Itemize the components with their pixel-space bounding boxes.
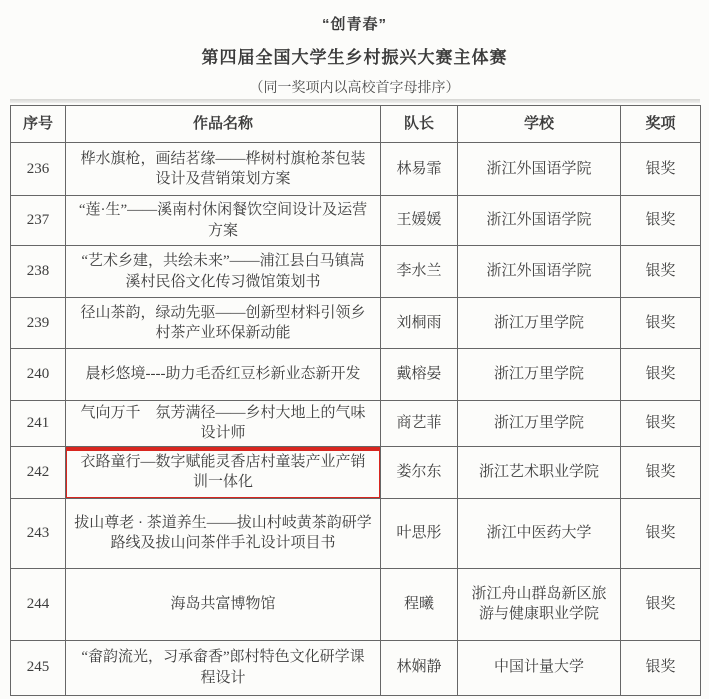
cell-leader: 林易霏 xyxy=(381,143,458,196)
cell-school: 浙江舟山群岛新区旅游与健康职业学院 xyxy=(458,568,621,640)
table-row: 240晨杉悠境----助力毛岙红豆杉新业态新开发戴榕晏浙江万里学院银奖 xyxy=(11,349,701,401)
cell-no: 242 xyxy=(11,446,66,498)
highlight-box xyxy=(66,447,381,499)
cell-no: 239 xyxy=(11,298,66,349)
cell-title: 海岛共富博物馆 xyxy=(66,568,381,640)
cell-school: 中国计量大学 xyxy=(458,640,621,695)
cell-award: 银奖 xyxy=(621,640,701,695)
cell-school: 浙江艺术职业学院 xyxy=(458,446,621,498)
cell-school: 浙江外国语学院 xyxy=(458,196,621,246)
table-row: 245“畲韵流光，习承畲香”郎村特色文化研学课程设计林娴静中国计量大学银奖 xyxy=(11,640,701,695)
cell-award: 银奖 xyxy=(621,568,701,640)
cell-school: 浙江万里学院 xyxy=(458,401,621,447)
cell-leader: 戴榕晏 xyxy=(381,349,458,401)
awards-table: 序号 作品名称 队长 学校 奖项 236桦水旗枪，画结茗缘——桦树村旗枪茶包装设… xyxy=(10,105,701,696)
cell-award: 银奖 xyxy=(621,349,701,401)
cell-award: 银奖 xyxy=(621,401,701,447)
cell-leader: 程曦 xyxy=(381,568,458,640)
table-header-row: 序号 作品名称 队长 学校 奖项 xyxy=(11,106,701,143)
title-line-2: 第四届全国大学生乡村振兴大赛主体赛 xyxy=(0,43,709,68)
table-row: 241气向万千 氛芳满径——乡村大地上的气味设计师商艺菲浙江万里学院银奖 xyxy=(11,401,701,447)
cell-title: 径山茶韵，绿动先驱——创新型材料引领乡村茶产业环保新动能 xyxy=(66,298,381,349)
table-row: 244海岛共富博物馆程曦浙江舟山群岛新区旅游与健康职业学院银奖 xyxy=(11,568,701,640)
cell-title: 桦水旗枪，画结茗缘——桦树村旗枪茶包装设计及营销策划方案 xyxy=(66,143,381,196)
cell-leader: 商艺菲 xyxy=(381,401,458,447)
cell-school: 浙江外国语学院 xyxy=(458,143,621,196)
cell-title: 拔山尊老 · 茶道养生——拔山村岐黄茶韵研学路线及拔山问茶伴手礼设计项目书 xyxy=(66,498,381,568)
document-title-block: “创青春” 第四届全国大学生乡村振兴大赛主体赛 （同一奖项内以高校首字母排序） xyxy=(0,0,709,97)
cell-title: 衣路童行—数字赋能灵香店村童装产业产销训一体化 xyxy=(66,446,381,498)
cell-title: 气向万千 氛芳满径——乡村大地上的气味设计师 xyxy=(66,401,381,447)
table-row: 236桦水旗枪，画结茗缘——桦树村旗枪茶包装设计及营销策划方案林易霏浙江外国语学… xyxy=(11,143,701,196)
table-row: 242衣路童行—数字赋能灵香店村童装产业产销训一体化娄尔东浙江艺术职业学院银奖 xyxy=(11,446,701,498)
cell-school: 浙江万里学院 xyxy=(458,349,621,401)
cell-no: 241 xyxy=(11,401,66,447)
cell-no: 236 xyxy=(11,143,66,196)
cell-award: 银奖 xyxy=(621,498,701,568)
cell-leader: 林娴静 xyxy=(381,640,458,695)
header-cell-title: 作品名称 xyxy=(66,106,381,143)
table-row: 237“莲·生”——溪南村休闲餐饮空间设计及运营方案王媛媛浙江外国语学院银奖 xyxy=(11,196,701,246)
cell-award: 银奖 xyxy=(621,298,701,349)
header-cell-no: 序号 xyxy=(11,106,66,143)
cell-title: “艺术乡建，共绘未来”——浦江县白马镇嵩溪村民俗文化传习微馆策划书 xyxy=(66,246,381,298)
cell-school: 浙江中医药大学 xyxy=(458,498,621,568)
table-row: 238“艺术乡建，共绘未来”——浦江县白马镇嵩溪村民俗文化传习微馆策划书李水兰浙… xyxy=(11,246,701,298)
cell-no: 240 xyxy=(11,349,66,401)
cell-award: 银奖 xyxy=(621,246,701,298)
cell-title: “畲韵流光，习承畲香”郎村特色文化研学课程设计 xyxy=(66,640,381,695)
cell-no: 244 xyxy=(11,568,66,640)
cell-leader: 叶思彤 xyxy=(381,498,458,568)
cell-no: 238 xyxy=(11,246,66,298)
cell-no: 245 xyxy=(11,640,66,695)
document-page: “创青春” 第四届全国大学生乡村振兴大赛主体赛 （同一奖项内以高校首字母排序） … xyxy=(0,0,709,699)
cell-leader: 王媛媛 xyxy=(381,196,458,246)
table-row: 239径山茶韵，绿动先驱——创新型材料引领乡村茶产业环保新动能刘桐雨浙江万里学院… xyxy=(11,298,701,349)
cell-award: 银奖 xyxy=(621,143,701,196)
table-row: 243拔山尊老 · 茶道养生——拔山村岐黄茶韵研学路线及拔山问茶伴手礼设计项目书… xyxy=(11,498,701,568)
cell-school: 浙江外国语学院 xyxy=(458,246,621,298)
cell-title: 晨杉悠境----助力毛岙红豆杉新业态新开发 xyxy=(66,349,381,401)
cell-award: 银奖 xyxy=(621,196,701,246)
cell-school: 浙江万里学院 xyxy=(458,298,621,349)
cell-no: 237 xyxy=(11,196,66,246)
header-cell-school: 学校 xyxy=(458,106,621,143)
cell-no: 243 xyxy=(11,498,66,568)
header-cell-leader: 队长 xyxy=(381,106,458,143)
cell-leader: 刘桐雨 xyxy=(381,298,458,349)
header-cell-award: 奖项 xyxy=(621,106,701,143)
title-subtitle: （同一奖项内以高校首字母排序） xyxy=(0,77,709,97)
cell-leader: 娄尔东 xyxy=(381,446,458,498)
cell-title: “莲·生”——溪南村休闲餐饮空间设计及运营方案 xyxy=(66,196,381,246)
cell-leader: 李水兰 xyxy=(381,246,458,298)
title-line-1: “创青春” xyxy=(0,13,709,34)
cell-award: 银奖 xyxy=(621,446,701,498)
previous-row-remnant xyxy=(10,99,700,103)
